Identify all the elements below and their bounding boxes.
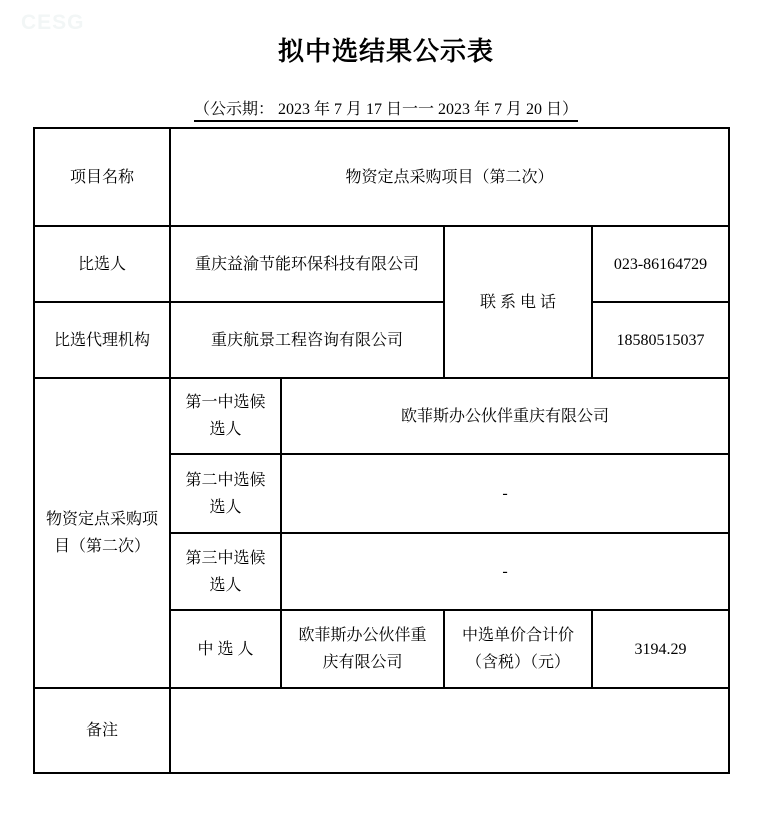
candidate3-value: - bbox=[281, 533, 729, 610]
publicity-table: 项目名称 物资定点采购项目（第二次） 比选人 重庆益渝节能环保科技有限公司 联 … bbox=[33, 127, 730, 774]
candidate2-value: - bbox=[281, 454, 729, 533]
comparer-label: 比选人 bbox=[34, 226, 170, 302]
page-title: 拟中选结果公示表 bbox=[0, 0, 772, 70]
row-comparer: 比选人 重庆益渝节能环保科技有限公司 联 系 电 话 023-86164729 bbox=[34, 226, 729, 302]
section-label: 物资定点采购项目（第二次） bbox=[34, 378, 170, 688]
candidate3-label: 第三中选候选人 bbox=[170, 533, 281, 610]
row-project-name: 项目名称 物资定点采购项目（第二次） bbox=[34, 128, 729, 226]
publicity-period: （公示期： 2023 年 7 月 17 日一一 2023 年 7 月 20 日） bbox=[0, 100, 772, 120]
row-agency: 比选代理机构 重庆航景工程咨询有限公司 18580515037 bbox=[34, 302, 729, 378]
price-value: 3194.29 bbox=[592, 610, 729, 688]
remarks-value bbox=[170, 688, 729, 773]
candidate2-label: 第二中选候选人 bbox=[170, 454, 281, 533]
cesg-watermark: CESG bbox=[21, 11, 85, 35]
project-name-value: 物资定点采购项目（第二次） bbox=[170, 128, 729, 226]
winner-value: 欧菲斯办公伙伴重庆有限公司 bbox=[281, 610, 444, 688]
price-label: 中选单价合计价（含税）（元） bbox=[444, 610, 592, 688]
comparer-value: 重庆益渝节能环保科技有限公司 bbox=[170, 226, 444, 302]
contact-phone-label: 联 系 电 话 bbox=[444, 226, 592, 378]
candidate1-label: 第一中选候选人 bbox=[170, 378, 281, 454]
row-candidate1: 物资定点采购项目（第二次） 第一中选候选人 欧菲斯办公伙伴重庆有限公司 bbox=[34, 378, 729, 454]
row-remarks: 备注 bbox=[34, 688, 729, 773]
comparer-phone: 023-86164729 bbox=[592, 226, 729, 302]
project-name-label: 项目名称 bbox=[34, 128, 170, 226]
agency-value: 重庆航景工程咨询有限公司 bbox=[170, 302, 444, 378]
agency-label: 比选代理机构 bbox=[34, 302, 170, 378]
candidate1-value: 欧菲斯办公伙伴重庆有限公司 bbox=[281, 378, 729, 454]
agency-phone: 18580515037 bbox=[592, 302, 729, 378]
remarks-label: 备注 bbox=[34, 688, 170, 773]
publicity-period-text: （公示期： 2023 年 7 月 17 日一一 2023 年 7 月 20 日） bbox=[194, 101, 578, 122]
winner-label: 中 选 人 bbox=[170, 610, 281, 688]
